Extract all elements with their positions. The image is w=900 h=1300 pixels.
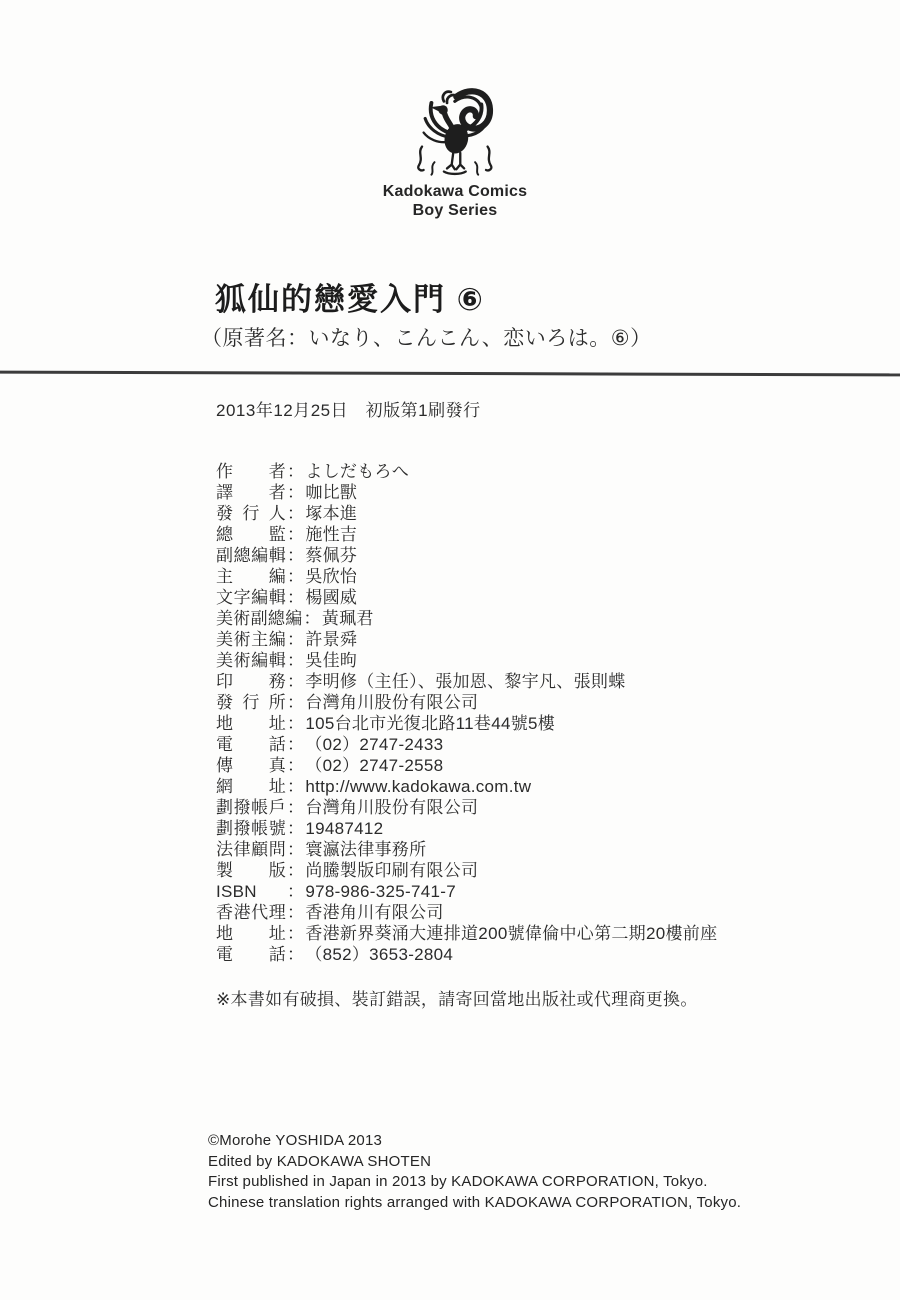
- original-title: （原著名：いなり、こんこん、恋いろは。⑥）: [201, 322, 652, 352]
- info-row: 香港代理：香港角川有限公司: [216, 902, 886, 923]
- colophon-page: Kadokawa Comics Boy Series 狐仙的戀愛入門 ⑥ （原著…: [0, 0, 900, 1300]
- row-separator: ：: [287, 776, 304, 797]
- copyright-line: Chinese translation rights arranged with…: [208, 1193, 741, 1214]
- info-row: 製版：尚騰製版印刷有限公司: [216, 860, 886, 881]
- row-separator: ：: [287, 503, 304, 524]
- row-value: （02）2747-2433: [305, 734, 443, 755]
- row-label: 副總編輯: [216, 545, 286, 566]
- row-label: 網址: [216, 776, 286, 797]
- row-separator: ：: [287, 629, 304, 650]
- row-value: 施性吉: [305, 524, 357, 545]
- row-label: 譯者: [216, 482, 286, 503]
- info-row: 譯者：咖比獸: [216, 482, 886, 503]
- info-row: 發行所：台灣角川股份有限公司: [216, 692, 886, 713]
- row-value: （852）3653-2804: [305, 944, 453, 965]
- row-label: 發行人: [216, 503, 286, 524]
- row-label: 製版: [216, 860, 286, 881]
- row-separator: ：: [287, 524, 304, 545]
- row-separator: ：: [287, 860, 304, 881]
- row-value: 978-986-325-741-7: [305, 881, 456, 902]
- publisher-info-block: 發行所：台灣角川股份有限公司 地址：105台北市光復北路11巷44號5樓 電話：…: [216, 692, 886, 902]
- row-value: 塚本進: [305, 503, 357, 524]
- row-separator: ：: [287, 713, 304, 734]
- row-separator: ：: [287, 755, 304, 776]
- row-label: 地址: [216, 923, 286, 944]
- row-value: 許景舜: [305, 629, 357, 650]
- row-separator: ：: [287, 671, 304, 692]
- row-value: よしだもろへ: [305, 461, 409, 482]
- row-label: 主編: [216, 566, 286, 587]
- row-label: 美術編輯: [216, 650, 286, 671]
- colophon-info: 作者：よしだもろへ 譯者：咖比獸 發行人：塚本進 總監：施性吉 副總編輯：蔡佩芬: [216, 461, 886, 1010]
- row-separator: ：: [287, 902, 304, 923]
- row-value: 尚騰製版印刷有限公司: [305, 860, 478, 881]
- row-separator: ：: [304, 608, 321, 629]
- row-label: 地址: [216, 713, 286, 734]
- row-label: 發行所: [216, 692, 286, 713]
- row-separator: ：: [287, 587, 304, 608]
- row-label: 美術主編: [216, 629, 286, 650]
- row-value: 蔡佩芬: [305, 545, 357, 566]
- row-separator: ：: [287, 818, 304, 839]
- row-value: 105台北市光復北路11巷44號5樓: [305, 713, 555, 734]
- row-label: 文字編輯: [216, 587, 286, 608]
- damaged-copy-notice: ※本書如有破損、裝訂錯誤，請寄回當地出版社或代理商更換。: [216, 989, 886, 1010]
- row-label: 劃撥帳號: [216, 818, 286, 839]
- publisher-logo: Kadokawa Comics Boy Series: [383, 84, 527, 220]
- row-label: 電話: [216, 944, 286, 965]
- row-value: 黃珮君: [322, 608, 374, 629]
- row-label: 傳真: [216, 755, 286, 776]
- row-label: 香港代理: [216, 902, 286, 923]
- row-separator: ：: [287, 692, 304, 713]
- row-label: 劃撥帳戶: [216, 797, 286, 818]
- credits-authors-block: 作者：よしだもろへ 譯者：咖比獸: [216, 461, 886, 503]
- row-separator: ：: [287, 650, 304, 671]
- row-label: 總監: [216, 524, 286, 545]
- row-separator: ：: [287, 482, 304, 503]
- info-row: 電話：（852）3653-2804: [216, 944, 886, 965]
- row-value: 李明修（主任）、張加恩、黎宇凡、張則蝶: [305, 671, 625, 692]
- row-value: 寰瀛法律事務所: [305, 839, 426, 860]
- copyright-line: First published in Japan in 2013 by KADO…: [208, 1172, 741, 1193]
- title-block: 狐仙的戀愛入門 ⑥ （原著名：いなり、こんこん、恋いろは。⑥）: [215, 282, 652, 352]
- row-separator: ：: [287, 881, 304, 902]
- row-value: 咖比獸: [305, 482, 357, 503]
- info-row: 電話：（02）2747-2433: [216, 734, 886, 755]
- logo-caption-line1: Kadokawa Comics: [383, 182, 527, 201]
- row-value: 台灣角川股份有限公司: [305, 797, 478, 818]
- copyright-line: Edited by KADOKAWA SHOTEN: [208, 1152, 741, 1173]
- row-separator: ：: [287, 545, 304, 566]
- info-row: 總監：施性吉: [216, 524, 886, 545]
- logo-caption-line2: Boy Series: [383, 201, 527, 220]
- info-row: 文字編輯：楊國威: [216, 587, 886, 608]
- info-row: 發行人：塚本進: [216, 503, 886, 524]
- credits-staff-block: 發行人：塚本進 總監：施性吉 副總編輯：蔡佩芬 主編：吳欣怡 文字編輯：楊國威: [216, 503, 886, 692]
- row-separator: ：: [287, 566, 304, 587]
- book-title: 狐仙的戀愛入門 ⑥: [215, 282, 652, 318]
- row-value: 香港新界葵涌大連排道200號偉倫中心第二期20樓前座: [305, 923, 717, 944]
- info-row: 法律顧問：寰瀛法律事務所: [216, 839, 886, 860]
- divider-rule: [0, 371, 900, 377]
- row-value: 吳佳昫: [305, 650, 357, 671]
- info-row: 地址：香港新界葵涌大連排道200號偉倫中心第二期20樓前座: [216, 923, 886, 944]
- row-value: 19487412: [305, 818, 383, 839]
- hk-agent-block: 香港代理：香港角川有限公司 地址：香港新界葵涌大連排道200號偉倫中心第二期20…: [216, 902, 886, 965]
- info-row: 傳真：（02）2747-2558: [216, 755, 886, 776]
- info-row: 網址：http://www.kadokawa.com.tw: [216, 776, 886, 797]
- row-value: 楊國威: [305, 587, 357, 608]
- row-label: 美術副總編: [216, 608, 303, 629]
- edition-date: 2013年12月25日 初版第1刷發行: [216, 396, 481, 421]
- row-label: 法律顧問: [216, 839, 286, 860]
- info-row: ISBN：978-986-325-741-7: [216, 881, 886, 902]
- info-row: 美術編輯：吳佳昫: [216, 650, 886, 671]
- row-separator: ：: [287, 797, 304, 818]
- info-row: 主編：吳欣怡: [216, 566, 886, 587]
- info-row: 印務：李明修（主任）、張加恩、黎宇凡、張則蝶: [216, 671, 886, 692]
- row-separator: ：: [287, 923, 304, 944]
- row-separator: ：: [287, 461, 304, 482]
- info-row: 作者：よしだもろへ: [216, 461, 886, 482]
- row-label: 印務: [216, 671, 286, 692]
- info-row: 副總編輯：蔡佩芬: [216, 545, 886, 566]
- row-separator: ：: [287, 839, 304, 860]
- copyright-block: ©Morohe YOSHIDA 2013 Edited by KADOKAWA …: [208, 1131, 741, 1213]
- copyright-line: ©Morohe YOSHIDA 2013: [208, 1131, 741, 1152]
- row-separator: ：: [287, 734, 304, 755]
- row-value: http://www.kadokawa.com.tw: [305, 776, 531, 797]
- row-value: 吳欣怡: [305, 566, 357, 587]
- row-label: 作者: [216, 461, 286, 482]
- phoenix-icon: [416, 84, 494, 178]
- info-row: 地址：105台北市光復北路11巷44號5樓: [216, 713, 886, 734]
- row-label: ISBN: [216, 881, 286, 902]
- row-value: 香港角川有限公司: [305, 902, 443, 923]
- row-value: （02）2747-2558: [305, 755, 443, 776]
- row-value: 台灣角川股份有限公司: [305, 692, 478, 713]
- row-separator: ：: [287, 944, 304, 965]
- row-label: 電話: [216, 734, 286, 755]
- info-row: 美術主編：許景舜: [216, 629, 886, 650]
- info-row: 劃撥帳號：19487412: [216, 818, 886, 839]
- info-row: 美術副總編：黃珮君: [216, 608, 886, 629]
- info-row: 劃撥帳戶：台灣角川股份有限公司: [216, 797, 886, 818]
